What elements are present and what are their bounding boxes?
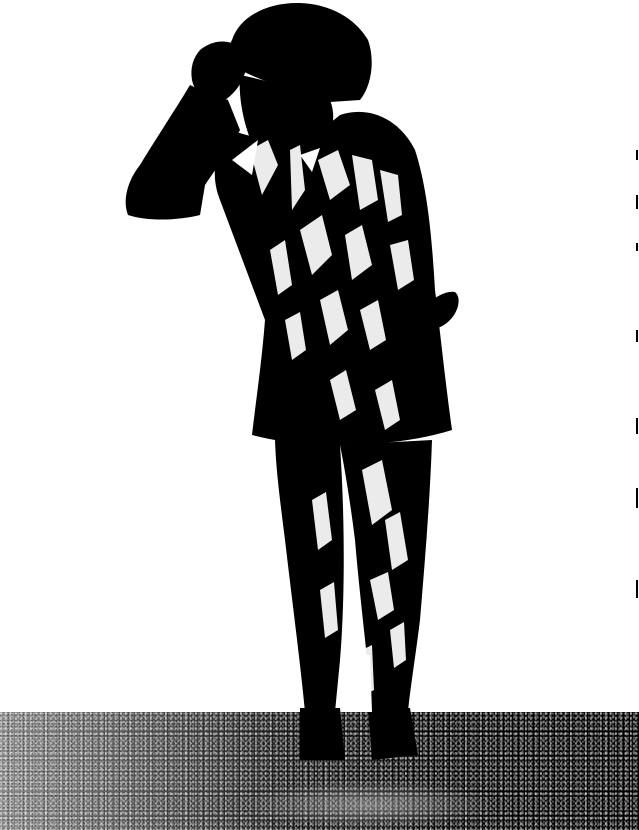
scan-artifact [636, 243, 638, 251]
scan-artifact [636, 418, 638, 434]
harlequin-figure [0, 0, 639, 830]
scan-artifact [636, 330, 638, 342]
shoes [300, 708, 418, 760]
left-leg [275, 440, 344, 712]
scan-artifact [636, 488, 638, 508]
scan-artifact [636, 195, 638, 209]
scan-artifact [636, 580, 638, 598]
scan-artifact [636, 150, 638, 160]
photograph [0, 0, 639, 830]
